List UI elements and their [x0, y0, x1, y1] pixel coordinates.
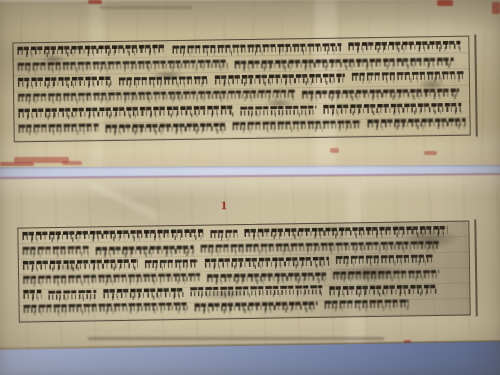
script-line [22, 226, 464, 244]
script-segment [48, 290, 97, 302]
paper-crease [89, 183, 158, 218]
red-stain [492, 2, 500, 14]
script-segment [302, 88, 459, 101]
ink-smudge [326, 263, 406, 282]
script-segment [232, 120, 361, 133]
script-segment [104, 288, 184, 300]
red-stain [437, 0, 453, 6]
script-segment [23, 259, 138, 272]
manuscript-leaf-lower: 1 [0, 175, 500, 359]
red-stain [0, 162, 34, 166]
script-segment [325, 299, 409, 311]
script-line [17, 41, 464, 59]
script-segment [22, 229, 203, 243]
ink-smudge [399, 229, 459, 250]
script-segment [18, 106, 233, 120]
script-line [23, 240, 465, 258]
text-frame-lower [17, 221, 470, 323]
script-line [18, 56, 465, 74]
script-segment [145, 260, 198, 272]
script-segment [240, 106, 316, 118]
script-segment [333, 270, 439, 283]
red-stain [88, 0, 102, 4]
script-line [18, 88, 465, 106]
script-segment [349, 41, 461, 54]
script-segment [24, 302, 188, 316]
red-stain [62, 161, 82, 165]
script-segment [323, 103, 462, 116]
script-segment [368, 118, 466, 130]
script-line [23, 269, 465, 287]
script-segment [190, 286, 323, 299]
script-line [18, 72, 465, 90]
script-segment [17, 45, 165, 58]
ink-smudge [88, 337, 384, 340]
ink-smudge [55, 263, 85, 273]
script-line [24, 299, 466, 317]
script-segment [23, 290, 41, 301]
script-segment [352, 71, 464, 84]
script-segment [23, 273, 200, 287]
script-segment [18, 77, 112, 89]
script-segment [96, 245, 193, 258]
script-segment [194, 301, 318, 314]
script-segment [105, 123, 225, 136]
ink-smudge [199, 288, 249, 301]
ink-smudge [100, 6, 192, 9]
script-segment [172, 43, 342, 57]
text-block-lower [22, 224, 465, 320]
script-segment [330, 285, 436, 298]
text-frame-upper [12, 36, 470, 143]
script-segment [200, 241, 439, 256]
red-stain [424, 151, 437, 155]
script-segment [244, 226, 447, 240]
script-segment [205, 257, 329, 270]
script-segment [23, 245, 89, 257]
script-segment [211, 230, 238, 241]
red-stain [330, 148, 339, 153]
script-segment [19, 124, 99, 136]
photograph-tibetan-manuscript: 1 [0, 0, 500, 375]
script-segment [215, 74, 345, 87]
text-block-upper [17, 39, 465, 140]
manuscript-leaf-upper [0, 0, 500, 167]
script-line [19, 119, 466, 137]
script-line [23, 255, 465, 273]
folio-number-mark: 1 [220, 202, 228, 212]
script-line [23, 284, 465, 302]
script-segment [336, 255, 433, 268]
script-segment [207, 272, 326, 285]
script-segment [18, 89, 295, 104]
script-segment [235, 57, 454, 71]
